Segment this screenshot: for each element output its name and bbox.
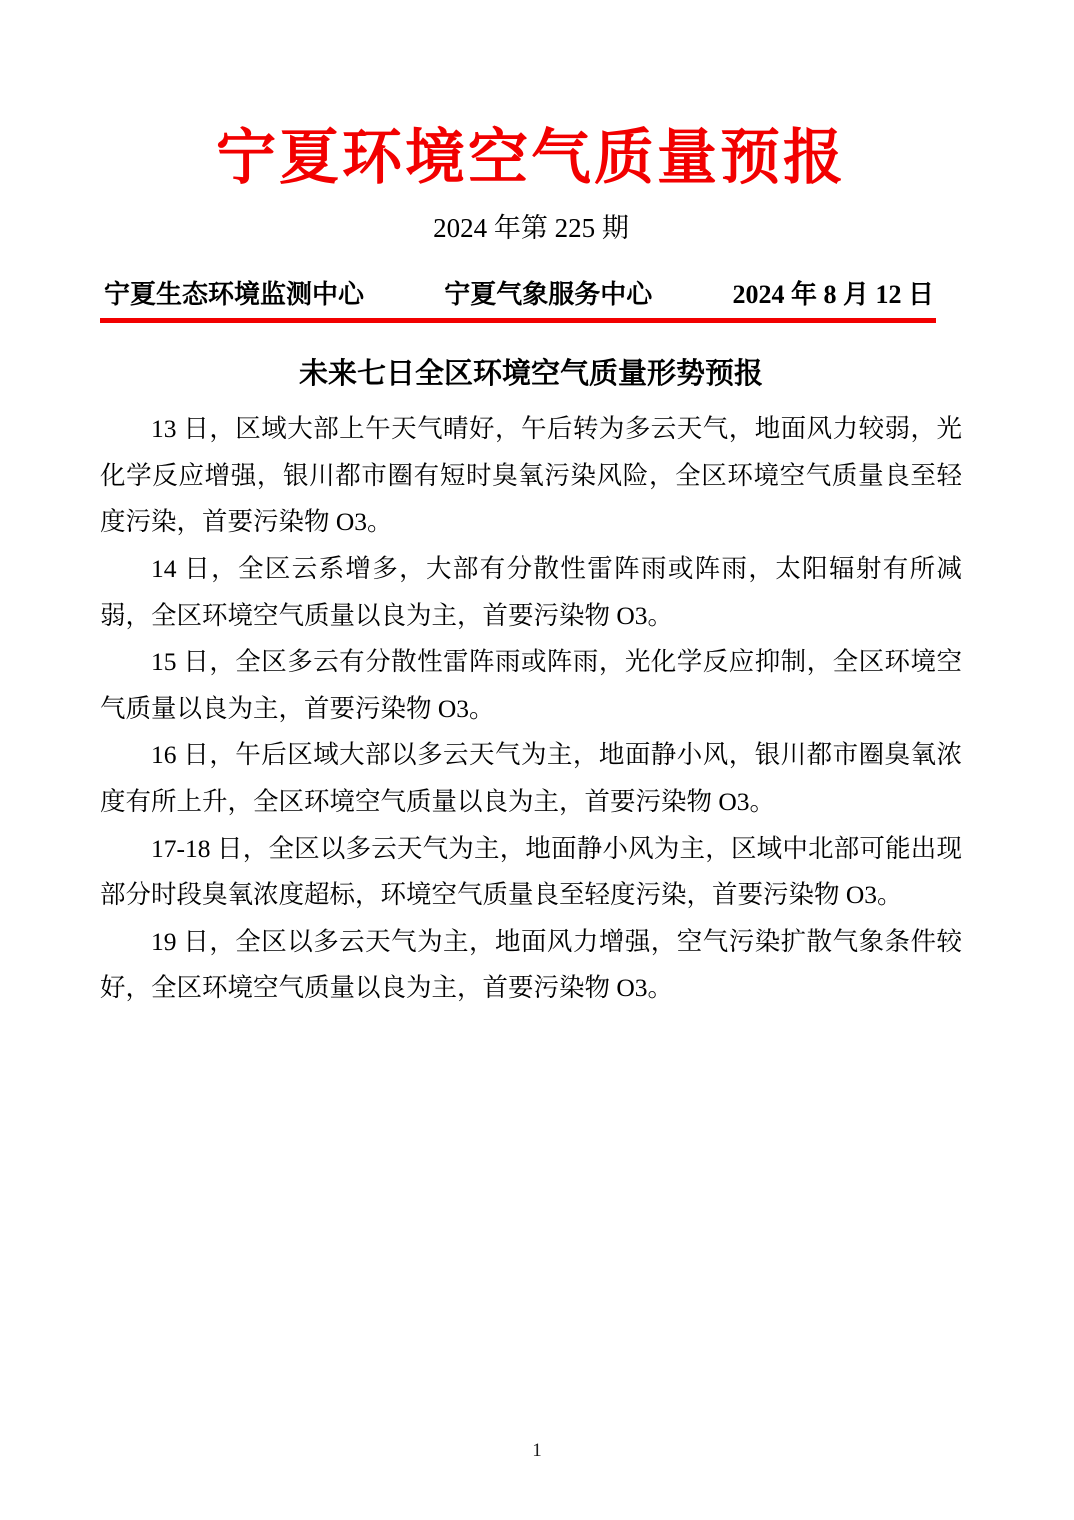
forecast-paragraph-day19: 19 日，全区以多云天气为主，地面风力增强，空气污染扩散气象条件较好，全区环境空… (100, 919, 962, 1012)
page-number: 1 (0, 1440, 1074, 1462)
issue-date: 2024 年 8 月 12 日 (732, 274, 934, 311)
document-title: 宁夏环境空气质量预报 (100, 122, 962, 194)
section-title: 未来七日全区环境空气质量形势预报 (100, 357, 962, 392)
forecast-paragraph-day15: 15 日，全区多云有分散性雷阵雨或阵雨，光化学反应抑制，全区环境空气质量以良为主… (100, 639, 962, 732)
agency-left: 宁夏生态环境监测中心 (104, 274, 364, 311)
masthead: 宁夏生态环境监测中心 宁夏气象服务中心 2024 年 8 月 12 日 (100, 274, 936, 323)
agency-center: 宁夏气象服务中心 (444, 274, 652, 311)
issue-number: 2024 年第 225 期 (100, 212, 962, 244)
forecast-paragraph-day13: 13 日，区域大部上午天气晴好，午后转为多云天气，地面风力较弱，光化学反应增强，… (100, 406, 962, 546)
forecast-paragraph-day16: 16 日，午后区域大部以多云天气为主，地面静小风，银川都市圈臭氧浓度有所上升，全… (100, 732, 962, 825)
forecast-body: 13 日，区域大部上午天气晴好，午后转为多云天气，地面风力较弱，光化学反应增强，… (100, 406, 962, 1012)
document-page: 宁夏环境空气质量预报 2024 年第 225 期 宁夏生态环境监测中心 宁夏气象… (0, 0, 1074, 1520)
forecast-paragraph-day14: 14 日，全区云系增多，大部有分散性雷阵雨或阵雨，太阳辐射有所减弱，全区环境空气… (100, 546, 962, 639)
forecast-paragraph-day17-18: 17-18 日，全区以多云天气为主，地面静小风为主，区域中北部可能出现部分时段臭… (100, 826, 962, 919)
